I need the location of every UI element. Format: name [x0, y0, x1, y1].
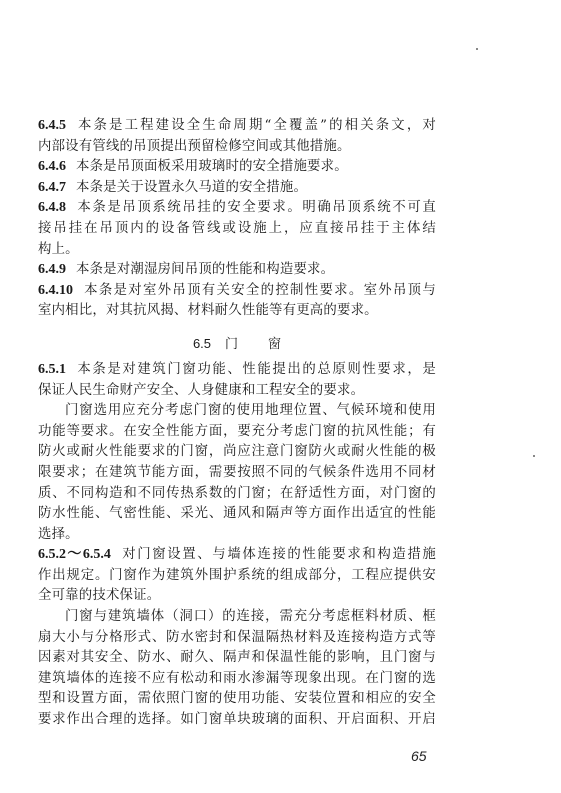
- paragraph-line: 质、不同构造和不同传热系数的门窗；在舒适性方面，对门窗的: [38, 484, 436, 505]
- clause-line: 全可靠的技术保证。: [38, 586, 436, 607]
- paragraph-line: 型和设置方面，需依照门窗的使用功能、安装位置和相应的安全: [38, 689, 436, 710]
- paragraph-line: 选择。: [38, 525, 436, 546]
- scan-speck: [476, 48, 478, 50]
- paragraph-line: 要求作出合理的选择。如门窗单块玻璃的面积、开启面积、开启: [38, 710, 436, 731]
- paragraph-line: 限要求；在建筑节能方面，需要按照不同的气候条件选用不同材: [38, 463, 436, 484]
- paragraph-line: 防火或耐火性能要求的门窗，尚应注意门窗防火或耐火性能的极: [38, 442, 436, 463]
- clause-line: 6.5.2～6.5.4对门窗设置、与墙体连接的性能要求和构造措施: [38, 545, 436, 566]
- clause-number: 6.4.7: [38, 180, 66, 195]
- scan-speck: [533, 455, 535, 457]
- document-page: 6.4.5本条是工程建设全生命周期“全覆盖”的相关条文，对 内部设有管线的吊顶提…: [38, 116, 436, 731]
- clause-number: 6.4.9: [38, 262, 66, 277]
- paragraph-line: 防水性能、气密性能、采光、通风和隔声等方面作出适宜的性能: [38, 504, 436, 525]
- clause-line: 6.4.9本条是对潮湿房间吊顶的性能和构造要求。: [38, 260, 436, 281]
- clause-line: 6.4.6本条是吊顶面板采用玻璃时的安全措施要求。: [38, 157, 436, 178]
- clause-line: 6.4.10本条是对室外吊顶有关安全的控制性要求。室外吊顶与: [38, 281, 436, 302]
- section-heading: 6.5门窗: [38, 328, 436, 360]
- clause-line: 6.4.8本条是吊顶系统吊挂的安全要求。明确吊顶系统不可直: [38, 198, 436, 219]
- section-title-char: 门: [225, 337, 238, 352]
- clause-line: 6.5.1本条是对建筑门窗功能、性能提出的总原则性要求，是: [38, 360, 436, 381]
- paragraph-line: 门窗与建筑墙体（洞口）的连接，需充分考虑框料材质、框: [38, 607, 436, 628]
- clause-line: 室内相比，对其抗风揭、材料耐久性能等有更高的要求。: [38, 301, 436, 322]
- clause-line: 接吊挂在吊顶内的设备管线或设施上，应直接吊挂于主体结: [38, 219, 436, 240]
- clause-line: 保证人民生命财产安全、人身健康和工程安全的要求。: [38, 381, 436, 402]
- paragraph-line: 功能等要求。在安全性能方面，要充分考虑门窗的抗风性能；有: [38, 422, 436, 443]
- paragraph-line: 建筑墙体的连接不应有松动和雨水渗漏等现象出现。在门窗的选: [38, 669, 436, 690]
- clause-number: 6.5.2～6.5.4: [38, 547, 111, 562]
- section-number: 6.5: [193, 336, 211, 351]
- paragraph-line: 扇大小与分格形式、防水密封和保温隔热材料及连接构造方式等: [38, 628, 436, 649]
- clause-line: 作出规定。门窗作为建筑外围护系统的组成部分，工程应提供安: [38, 566, 436, 587]
- clause-line: 6.4.7本条是关于设置永久马道的安全措施。: [38, 178, 436, 199]
- page-number: 65: [411, 748, 427, 764]
- paragraph-line: 因素对其安全、防水、耐久、隔声和保温性能的影响，且门窗与: [38, 648, 436, 669]
- clause-line: 构上。: [38, 240, 436, 261]
- clause-number: 6.4.10: [38, 283, 73, 298]
- clause-number: 6.4.8: [38, 200, 66, 215]
- clause-line: 6.4.5本条是工程建设全生命周期“全覆盖”的相关条文，对: [38, 116, 436, 137]
- paragraph-line: 门窗选用应充分考虑门窗的使用地理位置、气候环境和使用: [38, 401, 436, 422]
- section-title-char: 窗: [268, 337, 281, 352]
- clause-number: 6.4.5: [38, 118, 66, 133]
- clause-line: 内部设有管线的吊顶提出预留检修空间或其他措施。: [38, 137, 436, 158]
- clause-number: 6.5.1: [38, 362, 66, 377]
- clause-number: 6.4.6: [38, 159, 66, 174]
